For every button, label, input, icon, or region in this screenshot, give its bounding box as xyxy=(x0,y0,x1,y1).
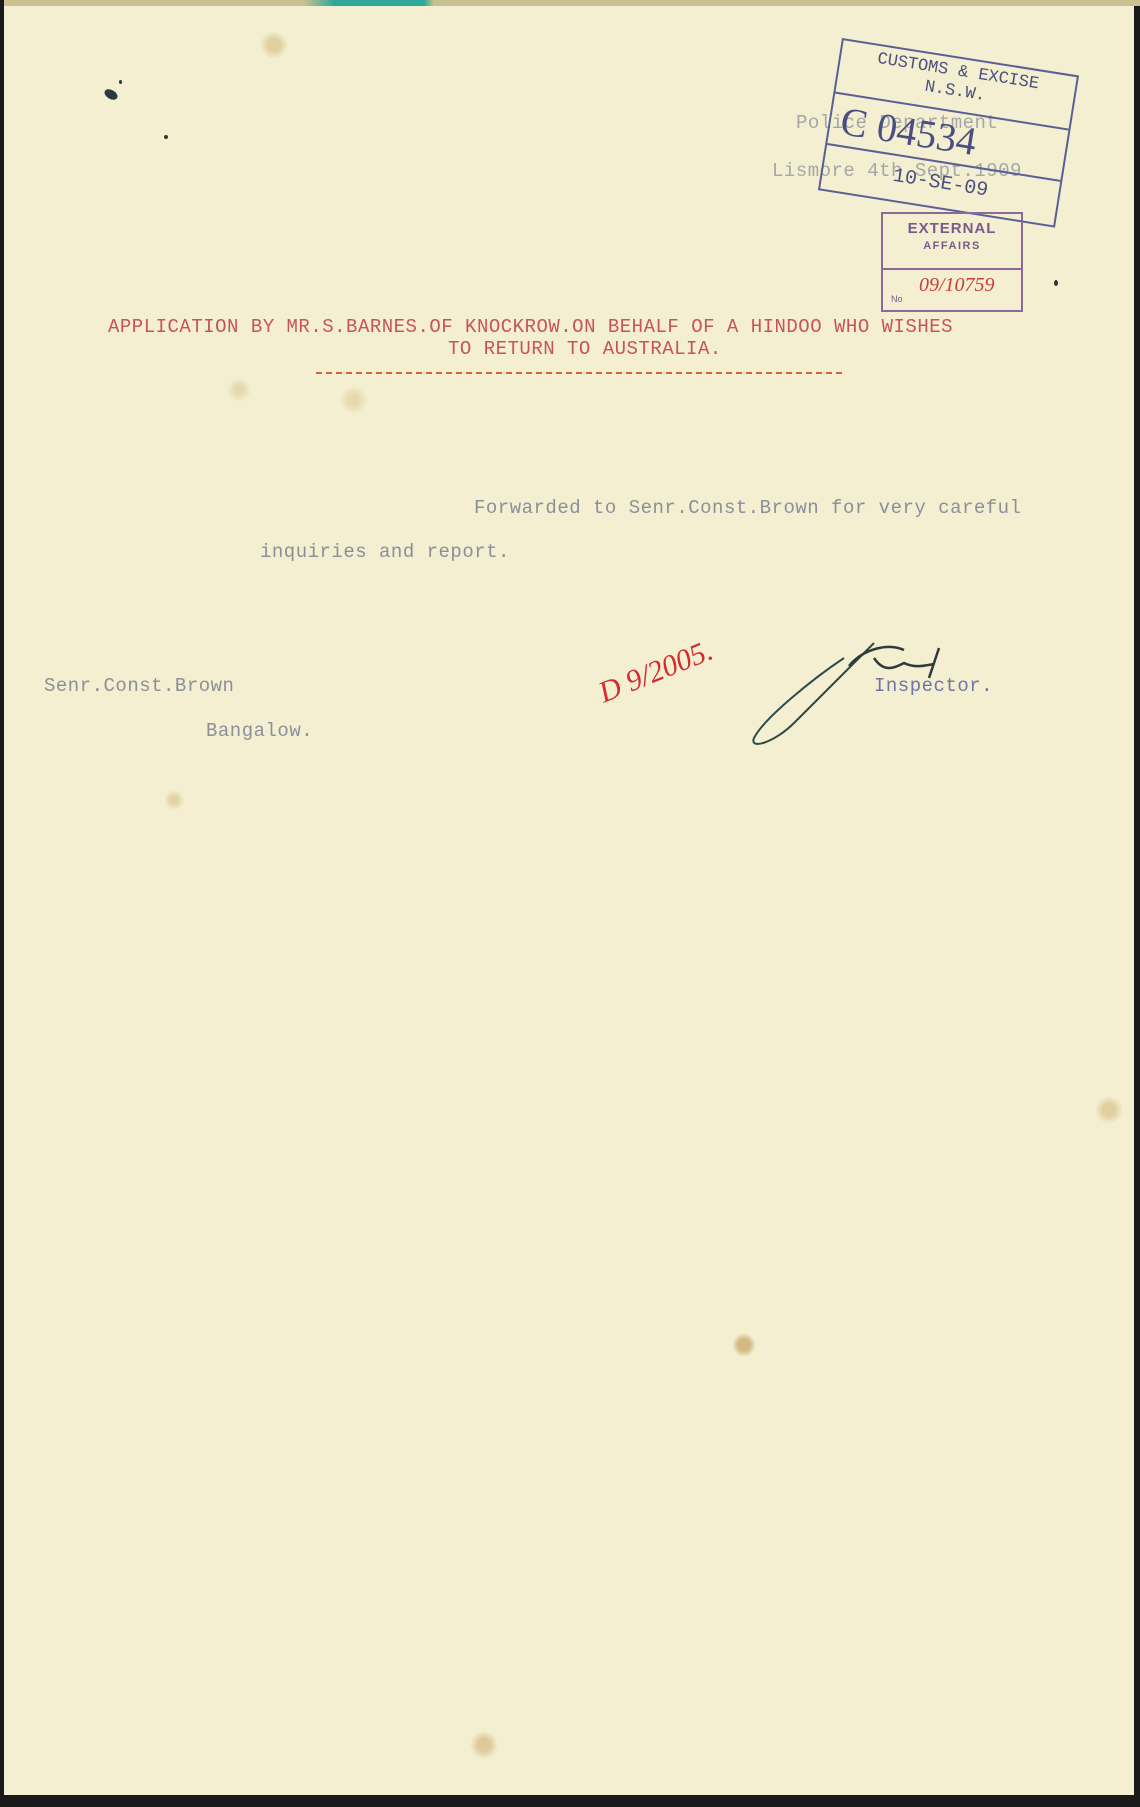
document-title-line1: APPLICATION BY MR.S.BARNES.OF KNOCKROW.O… xyxy=(108,316,953,338)
customs-stamp: CUSTOMS & EXCISEN.S.W. C 04534 10-SE-09 xyxy=(818,38,1079,228)
external-affairs-line2: AFFAIRS xyxy=(883,240,1021,252)
ink-speck xyxy=(1054,280,1058,286)
title-underline xyxy=(316,372,842,374)
handwritten-annotation: D 9/2005. xyxy=(594,634,718,710)
external-affairs-no-label: No xyxy=(891,294,903,304)
document-title-line2: TO RETURN TO AUSTRALIA. xyxy=(448,338,722,360)
external-affairs-number: 09/10759 xyxy=(919,274,995,297)
scan-edge xyxy=(4,0,1140,6)
external-affairs-stamp: EXTERNAL AFFAIRS 09/10759 No xyxy=(881,212,1023,312)
document-page: Police Department Lismore 4th Sept.1909 … xyxy=(4,0,1134,1795)
ink-speck xyxy=(164,135,168,139)
ink-speck xyxy=(103,87,120,102)
body-line2: inquiries and report. xyxy=(260,541,510,563)
addressee-name: Senr.Const.Brown xyxy=(44,675,234,697)
ink-speck xyxy=(119,80,122,84)
body-line1: Forwarded to Senr.Const.Brown for very c… xyxy=(474,497,1022,519)
external-affairs-line1: EXTERNAL xyxy=(883,220,1021,237)
addressee-location: Bangalow. xyxy=(206,720,313,742)
signatory-role: Inspector. xyxy=(874,675,993,697)
